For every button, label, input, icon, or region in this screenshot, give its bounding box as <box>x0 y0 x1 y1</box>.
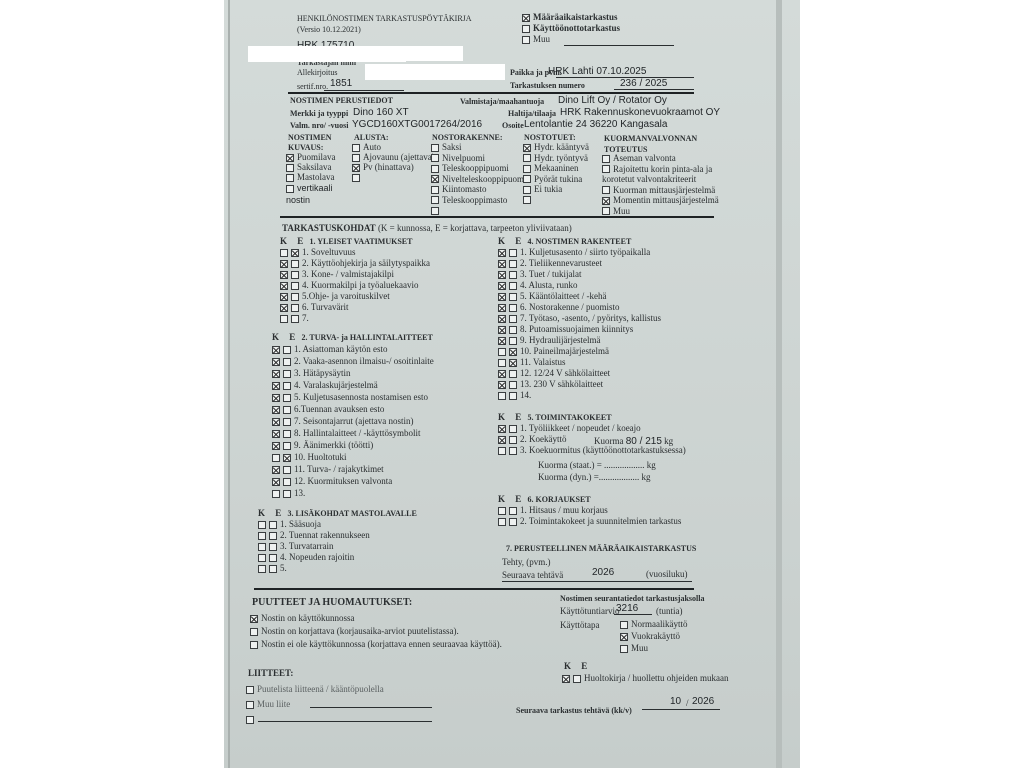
checkbox-k[interactable] <box>272 346 280 354</box>
inspection-item: 2. Vaaka-asennon ilmaisu-/ osoitinlaite <box>272 355 434 367</box>
cert-number: 1851 <box>330 78 352 89</box>
checkbox-e[interactable] <box>509 518 517 526</box>
checkbox-k[interactable] <box>272 454 280 462</box>
inspection-item: 6.Tuennan avauksen esto <box>272 403 434 415</box>
inspection-item: 12. 12/24 V sähkölaitteet <box>498 368 661 379</box>
address-label: Osoite <box>502 121 524 130</box>
checkbox[interactable] <box>602 207 610 215</box>
monitoring-title: Nostimen seurantatiedot tarkastusjaksoll… <box>560 594 704 603</box>
inspection-item: 4. Alusta, runko <box>498 280 661 291</box>
inspection-no-label: Tarkastuksen numero <box>510 81 585 90</box>
kuvaus-list: Puomilava Saksilava Mastolava vertikaali… <box>286 152 346 206</box>
inspection-item: 7. Työtaso, -asento, / pyöritys, kallist… <box>498 313 661 324</box>
type-periodic: Määräaikaistarkastus <box>522 12 620 23</box>
inspection-item: 7. <box>280 313 430 324</box>
section-safety-controls: K E 2. TURVA- ja HALLINTALAITTEET1. Asia… <box>272 332 434 499</box>
inspection-item: 4. Nopeuden rajoitin <box>258 552 417 563</box>
inspection-item: 5. Kuljetusasennosta nostamisen esto <box>272 391 434 403</box>
nostotuet-title: NOSTOTUET: <box>524 133 576 142</box>
checkbox-e[interactable] <box>291 249 299 257</box>
model-value: Dino 160 XT <box>353 107 409 118</box>
dynamic-load: Kuorma (dyn.) =.................. kg <box>538 472 651 482</box>
inspection-item: 13. 230 V sähkölaitteet <box>498 379 661 390</box>
checkbox-k[interactable] <box>280 249 288 257</box>
inspection-item: 13. <box>272 487 434 499</box>
alusta-list: Auto Ajovaunu (ajettava) Pv (hinattava) <box>352 142 435 182</box>
basic-info-title: NOSTIMEN PERUSTIEDOT <box>290 96 393 105</box>
inspection-item: 5. Kääntölaitteet / -kehä <box>498 291 661 302</box>
checkbox-k[interactable] <box>272 406 280 414</box>
checkbox[interactable] <box>431 186 439 194</box>
usage-label: Käyttötapa <box>560 620 600 630</box>
next-inspection-year: 2026 <box>692 696 714 707</box>
manufacturer-label: Valmistaja/maahantuoja <box>460 97 544 106</box>
redacted-field-2 <box>365 64 505 80</box>
checkbox[interactable] <box>522 36 530 44</box>
inspection-item: 9. Äänimerkki (töötti) <box>272 439 434 451</box>
checkbox[interactable] <box>523 175 531 183</box>
section-header: K E 1. YLEISET VAATIMUKSET <box>280 236 430 247</box>
checkbox[interactable] <box>602 165 610 173</box>
checkbox-e[interactable] <box>269 543 277 551</box>
defects-list: Nostin on käyttökunnossa Nostin on korja… <box>250 612 502 651</box>
nostorakenne-list: Saksi Nivelpuomi Teleskooppipuomi Nivelt… <box>431 142 527 216</box>
checkbox-k[interactable] <box>498 518 506 526</box>
checkbox-e[interactable] <box>509 370 517 378</box>
thorough-title: 7. PERUSTEELLINEN MÄÄRÄAIKAISTARKASTUS <box>506 544 696 553</box>
checkbox-k[interactable] <box>498 425 506 433</box>
checkbox-e[interactable] <box>509 337 517 345</box>
inspection-item: 11. Turva- / rajakytkimet <box>272 463 434 475</box>
checkbox-e[interactable] <box>283 382 291 390</box>
hours-label: Käyttötuntiarvio <box>560 606 620 616</box>
checkbox-e[interactable] <box>283 346 291 354</box>
checkbox-k[interactable] <box>272 394 280 402</box>
inspection-item: 12. Kuormituksen valvonta <box>272 475 434 487</box>
inspection-form-paper: HENKILÖNOSTIMEN TARKASTUSPÖYTÄKIRJA (Ver… <box>224 0 800 768</box>
checkbox-k[interactable] <box>498 271 506 279</box>
checkbox[interactable] <box>522 14 530 22</box>
inspection-item: 10. Huoltotuki <box>272 451 434 463</box>
place-date-value: HRK Lahti 07.10.2025 <box>548 66 646 77</box>
inspection-item: 3. Hätäpysäytin <box>272 367 434 379</box>
checkbox[interactable] <box>250 615 258 623</box>
checkbox[interactable] <box>523 144 531 152</box>
type-other: Muu <box>522 34 620 45</box>
inspection-item: 3. Kone- / valmistajakilpi <box>280 269 430 280</box>
checkbox[interactable] <box>286 174 294 182</box>
checkbox-k[interactable] <box>272 418 280 426</box>
checkbox-e[interactable] <box>283 406 291 414</box>
inspection-item: 11. Valaistus <box>498 357 661 368</box>
checkbox-e[interactable] <box>283 478 291 486</box>
next-inspection-label: Seuraava tarkastus tehtävä (kk/v) <box>516 706 632 715</box>
checkbox-e[interactable] <box>291 293 299 301</box>
checkbox-k[interactable] <box>272 382 280 390</box>
static-load: Kuorma (staat.) = .................. kg <box>538 460 656 470</box>
section-header: K E 6. KORJAUKSET <box>498 494 681 505</box>
section-function-tests: K E 5. TOIMINTAKOKEET1. Työliikkeet / no… <box>498 412 686 456</box>
checkbox-k[interactable] <box>498 359 506 367</box>
service-row: Huoltokirja / huollettu ohjeiden mukaan <box>562 673 728 683</box>
checkbox-k[interactable] <box>272 490 280 498</box>
section-header: K E 4. NOSTIMEN RAKENTEET <box>498 236 661 247</box>
kuormanvalvonta-title: KUORMANVALVONNANTOTEUTUS <box>604 133 697 155</box>
checkbox-e[interactable] <box>269 554 277 562</box>
checkbox[interactable] <box>620 633 628 641</box>
checkbox[interactable] <box>286 185 294 193</box>
manufacturer-value: Dino Lift Oy / Rotator Oy <box>558 95 667 106</box>
checkbox[interactable] <box>431 207 439 215</box>
inspection-item: 4. Kuormakilpi ja työaluekaavio <box>280 280 430 291</box>
checkbox-e[interactable] <box>509 249 517 257</box>
checkbox-e[interactable] <box>509 507 517 515</box>
attachments-title: LIITTEET: <box>248 668 293 678</box>
checkbox-e[interactable] <box>573 675 581 683</box>
checkbox[interactable] <box>250 628 258 636</box>
checkbox-e[interactable] <box>509 326 517 334</box>
checkbox[interactable] <box>352 164 360 172</box>
done-label: Tehty, (pvm.) <box>502 557 551 567</box>
inspection-item: 8. Hallintalaitteet / -käyttösymbolit <box>272 427 434 439</box>
inspection-item: 6. Nostorakenne / puomisto <box>498 302 661 313</box>
checkbox[interactable] <box>352 144 360 152</box>
inspection-item: 1. Hitsaus / muu korjaus <box>498 505 681 516</box>
inspection-item: 2. Käyttöohjekirja ja säilytyspaikka <box>280 258 430 269</box>
checkbox-e[interactable] <box>509 282 517 290</box>
hours-value: 3216 <box>616 603 638 614</box>
section-structures: K E 4. NOSTIMEN RAKENTEET1. Kuljetusasen… <box>498 236 661 401</box>
address-value: Lentolantie 24 36220 Kangasala <box>524 119 667 130</box>
checkbox-e[interactable] <box>291 260 299 268</box>
checkbox-k[interactable] <box>280 271 288 279</box>
nostorakenne-title: NOSTORAKENNE: <box>432 133 503 142</box>
inspection-item: 1. Kuljetusasento / siirto työpaikalla <box>498 247 661 258</box>
checkbox-e[interactable] <box>283 466 291 474</box>
checkbox-e[interactable] <box>283 418 291 426</box>
checkbox-e[interactable] <box>283 442 291 450</box>
inspection-item: 6. Turvavärit <box>280 302 430 313</box>
checkbox-e[interactable] <box>283 394 291 402</box>
checkbox-e[interactable] <box>283 490 291 498</box>
checkbox-k[interactable] <box>498 304 506 312</box>
checkbox[interactable] <box>246 716 254 724</box>
checkbox-e[interactable] <box>509 447 517 455</box>
checkbox-e[interactable] <box>283 430 291 438</box>
next-inspection-month: 10 <box>670 696 681 707</box>
inspection-item: 5. <box>258 563 417 574</box>
checkbox-e[interactable] <box>283 358 291 366</box>
checkbox-e[interactable] <box>509 425 517 433</box>
checkbox[interactable] <box>431 196 439 204</box>
checkbox-k[interactable] <box>280 293 288 301</box>
checkbox-e[interactable] <box>509 392 517 400</box>
section-general-requirements: K E 1. YLEISET VAATIMUKSET1. Soveltuvuus… <box>280 236 430 324</box>
checkbox-k[interactable] <box>280 260 288 268</box>
checkbox-k[interactable] <box>280 304 288 312</box>
checkbox-k[interactable] <box>498 392 506 400</box>
checkbox-k[interactable] <box>498 249 506 257</box>
checkbox[interactable] <box>431 175 439 183</box>
checkbox-e[interactable] <box>283 370 291 378</box>
checkbox-k[interactable] <box>498 436 506 444</box>
checkbox-k[interactable] <box>258 532 266 540</box>
form-title: HENKILÖNOSTIMEN TARKASTUSPÖYTÄKIRJA <box>297 14 472 23</box>
checkbox[interactable] <box>286 164 294 172</box>
checkbox-k[interactable] <box>258 543 266 551</box>
checkbox-k[interactable] <box>562 675 570 683</box>
checkbox[interactable] <box>246 701 254 709</box>
inspection-no-value: 236 / 2025 <box>620 78 667 89</box>
inspection-item: 10. Paineilmajärjestelmä <box>498 346 661 357</box>
checkbox-e[interactable] <box>269 532 277 540</box>
checkbox-k[interactable] <box>498 381 506 389</box>
checkbox-k[interactable] <box>272 370 280 378</box>
kuormanvalvonta-list: Aseman valvonta Rajoitettu korin pinta-a… <box>602 153 719 216</box>
checkbox-k[interactable] <box>498 293 506 301</box>
checkbox-e[interactable] <box>509 271 517 279</box>
checkbox[interactable] <box>286 154 294 162</box>
checkbox-e[interactable] <box>509 436 517 444</box>
load-value: 80 / 215 <box>626 436 662 447</box>
inspection-title: TARKASTUSKOHDAT (K = kunnossa, E = korja… <box>282 223 572 233</box>
nostotuet-list: Hydr. kääntyvä Hydr. työntyvä Mekaaninen… <box>523 142 589 205</box>
inspection-item: 2. Toimintakokeet ja suunnitelmien tarka… <box>498 516 681 527</box>
checkbox-k[interactable] <box>498 370 506 378</box>
checkbox-k[interactable] <box>498 337 506 345</box>
checkbox-k[interactable] <box>258 554 266 562</box>
service-ke-header: K E <box>564 661 591 671</box>
checkbox-e[interactable] <box>509 315 517 323</box>
checkbox-e[interactable] <box>291 315 299 323</box>
inspection-item: 1. Sääsuoja <box>258 519 417 530</box>
inspection-item: 1. Työliikkeet / nopeudet / koeajo <box>498 423 686 434</box>
checkbox-k[interactable] <box>280 315 288 323</box>
checkbox[interactable] <box>523 154 531 162</box>
inspection-item: 5.Ohje- ja varoituskilvet <box>280 291 430 302</box>
checkbox-e[interactable] <box>291 271 299 279</box>
next-year-unit: (vuosiluku) <box>646 569 688 579</box>
next-label: Seuraava tehtävä <box>502 570 563 580</box>
section-repairs: K E 6. KORJAUKSET1. Hitsaus / muu korjau… <box>498 494 681 527</box>
inspection-types: Määräaikaistarkastus Käyttöönottotarkast… <box>522 12 620 45</box>
redacted-field-1 <box>305 46 463 61</box>
checkbox[interactable] <box>246 686 254 694</box>
model-label: Merkki ja tyyppi <box>290 109 348 118</box>
checkbox-k[interactable] <box>272 442 280 450</box>
checkbox-e[interactable] <box>269 565 277 573</box>
signature-label: Allekirjoitus <box>297 68 337 77</box>
checkbox-k[interactable] <box>258 565 266 573</box>
checkbox[interactable] <box>431 154 439 162</box>
defects-title: PUUTTEET JA HUOMAUTUKSET: <box>252 597 412 608</box>
inspection-item: 3. Tuet / tukijalat <box>498 269 661 280</box>
checkbox[interactable] <box>602 155 610 163</box>
checkbox[interactable] <box>352 154 360 162</box>
checkbox-k[interactable] <box>498 348 506 356</box>
checkbox-k[interactable] <box>498 260 506 268</box>
checkbox-k[interactable] <box>258 521 266 529</box>
checkbox[interactable] <box>620 621 628 629</box>
checkbox[interactable] <box>352 174 360 182</box>
checkbox-k[interactable] <box>272 358 280 366</box>
alusta-title: ALUSTA: <box>354 133 389 142</box>
inspection-item: 3. Turvatarrain <box>258 541 417 552</box>
kuvaus-title: NOSTIMENKUVAUS: <box>288 133 332 153</box>
owner-value: HRK Rakennuskonevuokraamot OY <box>560 107 720 118</box>
inspection-item: 1. Asiattoman käytön esto <box>272 343 434 355</box>
checkbox[interactable] <box>250 641 258 649</box>
checkbox-e[interactable] <box>509 293 517 301</box>
checkbox[interactable] <box>523 186 531 194</box>
checkbox[interactable] <box>602 197 610 205</box>
checkbox-k[interactable] <box>272 466 280 474</box>
checkbox-k[interactable] <box>280 282 288 290</box>
section-header: K E 3. LISÄKOHDAT MASTOLAVALLE <box>258 508 417 519</box>
checkbox-e[interactable] <box>509 348 517 356</box>
checkbox-k[interactable] <box>498 326 506 334</box>
checkbox-e[interactable] <box>509 260 517 268</box>
checkbox[interactable] <box>620 645 628 653</box>
checkbox-k[interactable] <box>498 447 506 455</box>
checkbox[interactable] <box>602 186 610 194</box>
checkbox-e[interactable] <box>283 454 291 462</box>
checkbox[interactable] <box>431 165 439 173</box>
inspection-item: 1. Soveltuvuus <box>280 247 430 258</box>
checkbox[interactable] <box>523 165 531 173</box>
section-header: K E 5. TOIMINTAKOKEET <box>498 412 686 423</box>
next-year-value: 2026 <box>592 567 614 578</box>
owner-label: Haltija/tilaaja <box>508 109 556 118</box>
usage-list: Normaalikäyttö Vuokrakäyttö Muu <box>620 618 687 654</box>
type-commissioning: Käyttöönottotarkastus <box>522 23 620 34</box>
slash: / <box>686 698 689 708</box>
checkbox-e[interactable] <box>291 304 299 312</box>
serial-value: YGCD160XTG0017264/2016 <box>352 119 482 130</box>
checkbox-e[interactable] <box>291 282 299 290</box>
checkbox-k[interactable] <box>498 282 506 290</box>
form-version: (Versio 10.12.2021) <box>297 25 361 34</box>
serial-label: Valm. nro/ -vuosi <box>290 121 348 130</box>
checkbox-k[interactable] <box>272 478 280 486</box>
checkbox[interactable] <box>523 196 531 204</box>
checkbox[interactable] <box>522 25 530 33</box>
checkbox-k[interactable] <box>272 430 280 438</box>
load-label: Kuorma 80 / 215 kg <box>594 436 673 447</box>
checkbox-e[interactable] <box>509 359 517 367</box>
hours-unit: (tuntia) <box>656 606 683 616</box>
section-mast-platform: K E 3. LISÄKOHDAT MASTOLAVALLE1. Sääsuoj… <box>258 508 417 574</box>
inspection-item: 2. Tieliikennevarusteet <box>498 258 661 269</box>
checkbox-e[interactable] <box>269 521 277 529</box>
inspection-item: 4. Varalaskujärjestelmä <box>272 379 434 391</box>
checkbox[interactable] <box>431 144 439 152</box>
checkbox-e[interactable] <box>509 304 517 312</box>
inspection-item: 8. Putoamissuojaimen kiinnitys <box>498 324 661 335</box>
checkbox-k[interactable] <box>498 507 506 515</box>
section-header: K E 2. TURVA- ja HALLINTALAITTEET <box>272 332 434 343</box>
inspection-item: 7. Seisontajarrut (ajettava nostin) <box>272 415 434 427</box>
checkbox-k[interactable] <box>498 315 506 323</box>
inspection-item: 9. Hydraulijärjestelmä <box>498 335 661 346</box>
checkbox-e[interactable] <box>509 381 517 389</box>
inspection-item: 2. Tuennat rakennukseen <box>258 530 417 541</box>
inspection-item: 14. <box>498 390 661 401</box>
